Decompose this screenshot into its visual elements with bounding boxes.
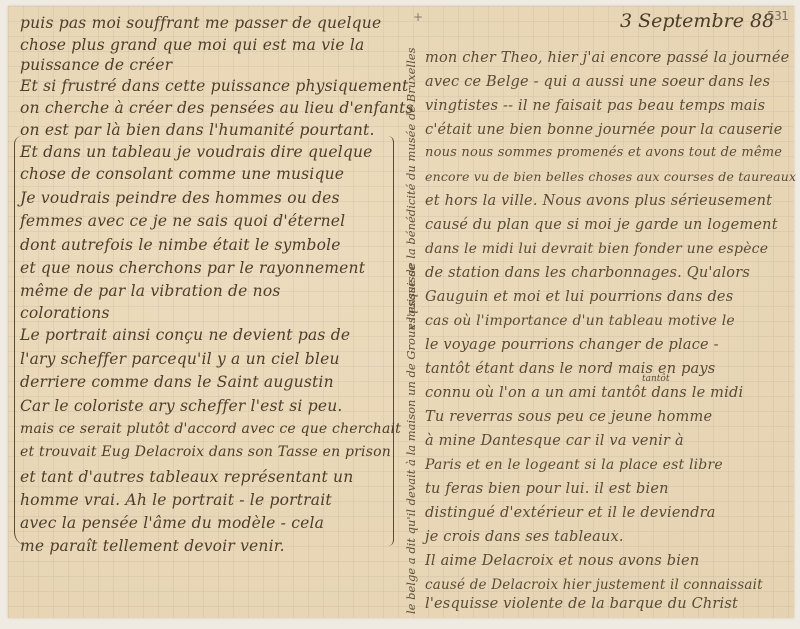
folio-number: 531: [767, 9, 788, 23]
right-line: Il aime Delacroix et nous avons bien: [425, 553, 699, 569]
right-line: tantôt étant dans le nord mais en pays: [425, 361, 715, 377]
right-line: Tu reverras sous peu ce jeune homme: [425, 409, 712, 425]
left-line: Car le coloriste ary scheffer l'est si p…: [20, 397, 343, 415]
left-line: puis pas moi souffrant me passer de quel…: [20, 14, 381, 32]
left-line: Le portrait ainsi conçu ne devient pas d…: [20, 326, 350, 344]
right-line: connu où l'on a un ami tantôt dans le mi…: [425, 385, 743, 401]
left-line: femmes avec ce je ne sais quoi d'éternel: [20, 212, 345, 230]
right-line: je crois dans ses tableaux.: [425, 529, 624, 545]
right-line: c'était une bien bonne journée pour la c…: [425, 122, 783, 138]
right-line: tu feras bien pour lui. il est bien: [425, 481, 669, 497]
right-line: Paris et en le logeant si la place est l…: [425, 457, 723, 473]
right-line: dans le midi lui devrait bien fonder une…: [425, 241, 768, 257]
insertion-note: tantôt: [642, 374, 669, 384]
left-line: on est par là bien dans l'humanité pourt…: [20, 121, 375, 139]
left-line: Et si frustré dans cette puissance physi…: [20, 77, 408, 95]
left-line: avec la pensée l'âme du modèle - cela: [20, 514, 324, 532]
left-line: et trouvait Eug Delacroix dans son Tasse…: [20, 444, 391, 460]
corner-mark: +: [413, 10, 423, 24]
right-line: à mine Dantesque car il va venir à: [425, 433, 684, 449]
left-line: l'ary scheffer parcequ'il y a un ciel bl…: [20, 350, 340, 368]
left-line: chose plus grand que moi qui est ma vie …: [20, 36, 364, 54]
right-line: le voyage pourrions changer de place -: [425, 337, 719, 353]
left-line: Et dans un tableau je voudrais dire quel…: [20, 143, 373, 161]
right-line: l'esquisse violente de la barque du Chri…: [425, 596, 738, 612]
right-line: avec ce Belge - qui a aussi une soeur da…: [425, 74, 770, 90]
left-line: Je voudrais peindre des hommes ou des: [20, 189, 340, 207]
left-line: homme vrai. Ah le portrait - le portrait: [20, 491, 332, 509]
left-line: puissance de créer: [20, 56, 172, 74]
right-line: et hors la ville. Nous avons plus sérieu…: [425, 193, 772, 209]
left-line: et que nous cherchons par le rayonnement: [20, 259, 365, 277]
right-line: causé du plan que si moi je garde un log…: [425, 217, 778, 233]
right-line: nous nous sommes promenés et avons tout …: [425, 145, 782, 160]
scan-frame: + 3 Septembre 88 531 puis pas moi souffr…: [0, 0, 800, 629]
left-line: dont autrefois le nimbe était le symbole: [20, 236, 341, 254]
right-line: distingué d'extérieur et il le deviendra: [425, 505, 716, 521]
left-line: et tant d'autres tableaux représentant u…: [20, 468, 353, 486]
left-line: mais ce serait plutôt d'accord avec ce q…: [20, 421, 401, 437]
left-line: me paraît tellement devoir venir.: [20, 537, 285, 555]
right-line: vingtistes -- il ne faisait pas beau tem…: [425, 98, 765, 114]
right-line: causé de Delacroix hier justement il con…: [425, 577, 763, 593]
margin-note-lower: le belge a dit qu'il devait à la maison …: [404, 264, 418, 614]
left-line: colorations: [20, 304, 110, 322]
right-line: encore vu de bien belles choses aux cour…: [425, 169, 796, 184]
right-line: de station dans les charbonnages. Qu'alo…: [425, 265, 750, 281]
right-line: cas où l'importance d'un tableau motive …: [425, 313, 735, 329]
right-line: Gauguin et moi et lui pourrions dans des: [425, 289, 733, 305]
letter-date: 3 Septembre 88: [620, 10, 774, 32]
left-line: même de par la vibration de nos: [20, 282, 281, 300]
right-line: mon cher Theo, hier j'ai encore passé la…: [425, 50, 789, 66]
left-line: on cherche à créer des pensées au lieu d…: [20, 99, 414, 117]
left-line: chose de consolant comme une musique: [20, 165, 344, 183]
left-line: derriere comme dans le Saint augustin: [20, 373, 334, 391]
